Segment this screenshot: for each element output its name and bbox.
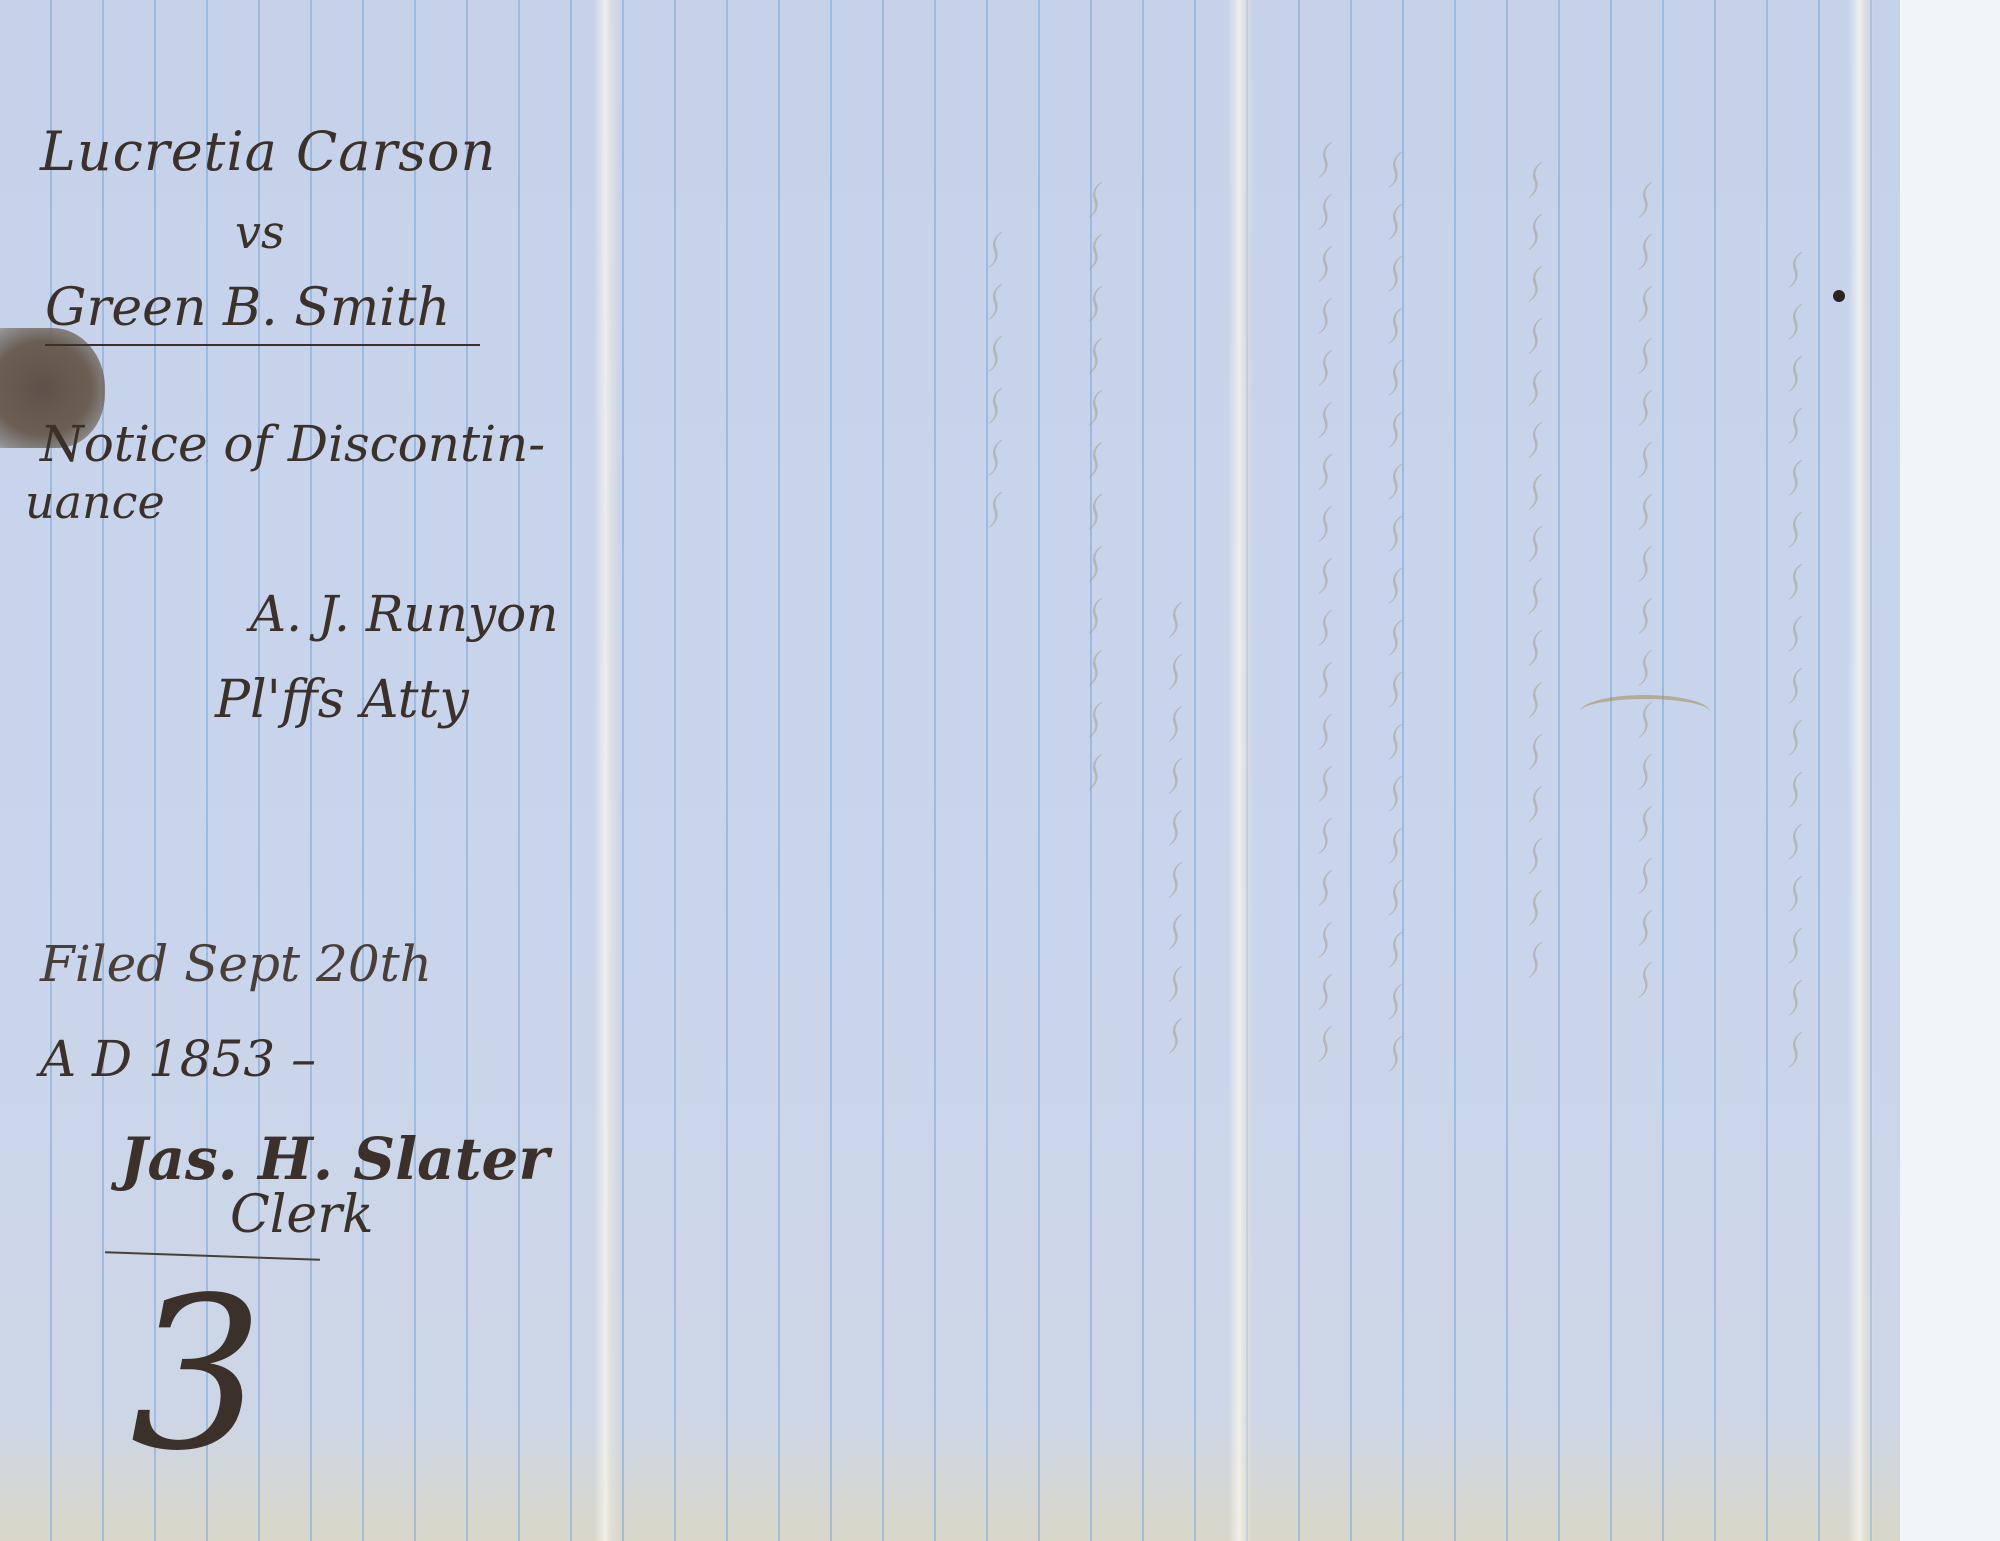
defendant-name: Green B. Smith <box>45 278 480 346</box>
attorney-name: A. J. Runyon <box>250 585 558 643</box>
document-title-line-2: uance <box>25 475 165 529</box>
versus-label: vs <box>235 205 285 259</box>
ink-dot <box>1833 290 1845 302</box>
document-title-line-1: Notice of Discontin- <box>40 415 545 473</box>
clerk-signature: Jas. H. Slater <box>120 1125 549 1193</box>
bleed-through-ink: 〜〜〜〜〜〜〜〜〜〜〜〜〜〜〜〜 <box>1500 160 1557 1260</box>
ink-smudge <box>1580 695 1710 729</box>
fold-line-1 <box>594 0 620 1541</box>
bleed-through-ink: 〜〜〜〜〜〜〜〜〜〜〜〜〜〜〜〜 <box>1760 250 1817 1350</box>
attorney-role: Pl'ffs Atty <box>215 670 469 730</box>
bleed-through-ink: 〜〜〜〜〜〜〜〜〜〜〜〜〜〜〜〜〜〜 <box>1290 140 1347 1340</box>
fold-line-3 <box>1848 0 1874 1541</box>
bleed-through-ink: 〜〜〜〜〜〜 <box>960 230 1017 630</box>
clerk-title: Clerk <box>230 1185 374 1245</box>
filed-date-line-2: A D 1853 – <box>40 1030 316 1088</box>
bleed-through-ink: 〜〜〜〜〜〜〜〜〜〜〜〜 <box>1060 180 1117 980</box>
bleed-through-ink: 〜〜〜〜〜〜〜〜〜〜〜〜〜〜〜〜 <box>1610 180 1667 1280</box>
torn-edge <box>1900 0 2000 1541</box>
bleed-through-ink: 〜〜〜〜〜〜〜〜〜〜〜〜〜〜〜〜〜〜 <box>1360 150 1417 1350</box>
docket-mark: 3 <box>130 1270 264 1480</box>
plaintiff-name: Lucretia Carson <box>40 120 496 183</box>
fold-line-2 <box>1228 0 1254 1541</box>
bleed-through-ink: 〜〜〜〜〜〜〜〜〜 <box>1140 600 1197 1200</box>
filed-date-line-1: Filed Sept 20th <box>40 935 432 993</box>
